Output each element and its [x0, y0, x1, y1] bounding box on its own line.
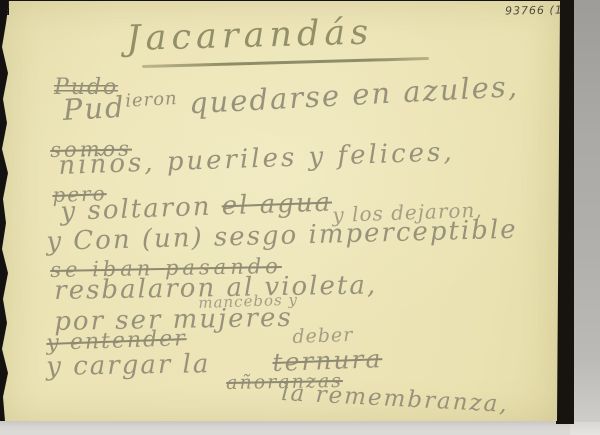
scanned-page: 93766 (1) Jacarandás Pudo Pudieron queda… — [0, 0, 600, 435]
manuscript-line-cargar: y cargar la — [46, 349, 211, 382]
poem-title: Jacarandás — [126, 13, 374, 59]
struck-phrase-el-agua: el agua — [221, 188, 332, 222]
word-mujeres: mujeres — [172, 303, 293, 335]
scanner-bottom-strip — [0, 421, 570, 435]
torn-edge-notch — [0, 1, 9, 15]
scanner-side-strip — [570, 0, 600, 422]
title-underline — [142, 57, 429, 68]
word-pud: Pud — [62, 90, 126, 127]
inserted-superscript-ieron: ieron — [125, 88, 178, 112]
phrase-quedarse-en-azules: quedarse en azules, — [177, 69, 520, 121]
archive-number: 93766 (1) — [505, 3, 568, 17]
manuscript-line-pudieron: Pudieron quedarse en azules, — [62, 69, 520, 127]
inserted-word-deber: deber — [292, 324, 354, 348]
phrase-y-soltaron: y soltaron — [60, 191, 222, 227]
manuscript-line-remembranza: la remembranza, — [281, 380, 510, 418]
manuscript-paper: 93766 (1) Jacarandás Pudo Pudieron queda… — [0, 1, 560, 421]
